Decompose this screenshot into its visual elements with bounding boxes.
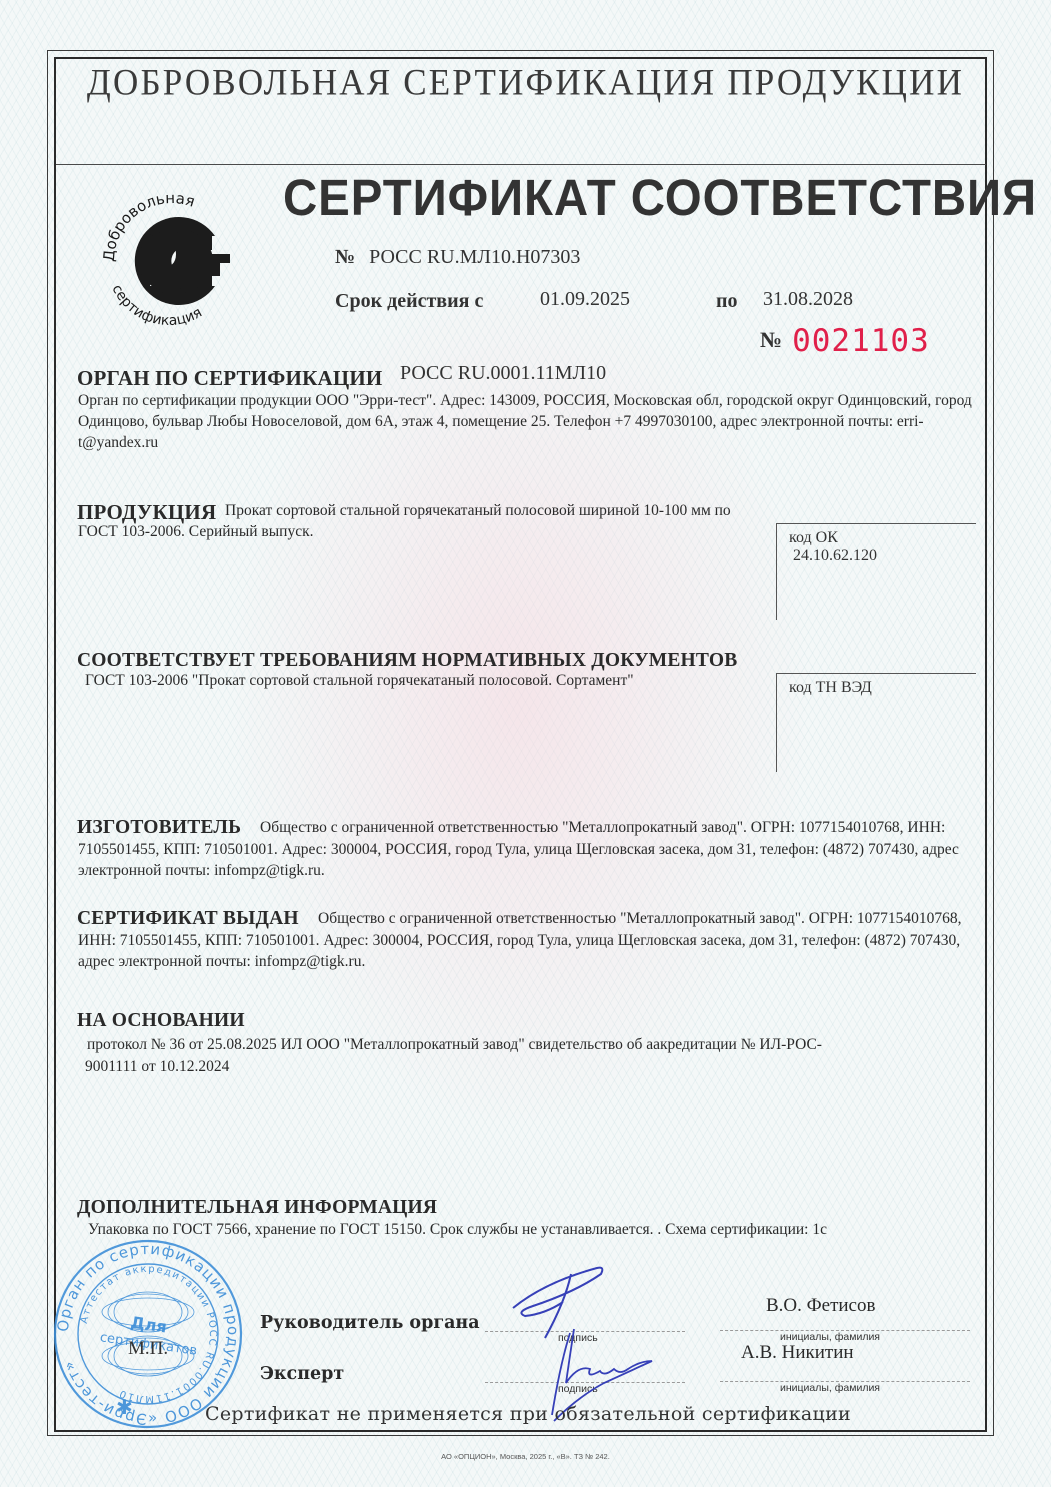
additional-info-title: ДОПОЛНИТЕЛЬНАЯ ИНФОРМАЦИЯ xyxy=(77,1197,437,1219)
document-title: СЕРТИФИКАТ СООТВЕТСТВИЯ xyxy=(283,168,1037,227)
expert-name: А.В. Никитин xyxy=(741,1342,854,1364)
valid-to-date: 31.08.2028 xyxy=(763,288,853,311)
head-of-body-label: Руководитель органа xyxy=(260,1313,480,1333)
rst-logo-icon: Добровольная сертификация xyxy=(100,190,240,330)
product-title: ПРОДУКЦИЯ xyxy=(77,500,216,525)
header-divider xyxy=(56,164,986,165)
tn-ved-label: код ТН ВЭД xyxy=(789,679,872,697)
footer-note: Сертификат не применяется при обязательн… xyxy=(205,1403,851,1425)
basis-line-2: 9001111 от 10.12.2024 xyxy=(85,1056,229,1077)
svg-text:✱: ✱ xyxy=(116,1395,133,1419)
seal-stamp-icon: Орган по сертификации продукции ООО «Эрр… xyxy=(52,1238,244,1430)
stamp-center-1: Для xyxy=(129,1313,168,1337)
basis-line-1: протокол № 36 от 25.08.2025 ИЛ ООО "Мета… xyxy=(85,1034,965,1056)
ok-code-label: код ОК xyxy=(789,529,838,547)
seal-place-label: М.П. xyxy=(128,1338,168,1360)
basis-title: НА ОСНОВАНИИ xyxy=(77,1010,245,1032)
tn-ved-code-box: код ТН ВЭД xyxy=(776,673,976,772)
additional-info-text: Упаковка по ГОСТ 7566, хранение по ГОСТ … xyxy=(88,1219,827,1240)
number-sign: № xyxy=(335,246,355,268)
scheme-title: ДОБРОВОЛЬНАЯ СЕРТИФИКАЦИЯ ПРОДУКЦИИ xyxy=(0,62,1051,104)
issued-to-title: СЕРТИФИКАТ ВЫДАН xyxy=(77,908,299,930)
manufacturer-title: ИЗГОТОВИТЕЛЬ xyxy=(77,817,241,839)
certification-body-code: РОСС RU.0001.11МЛ10 xyxy=(400,362,606,385)
certification-body-details: Орган по сертификации продукции ООО "Эрр… xyxy=(78,390,978,453)
valid-from-date: 01.09.2025 xyxy=(540,288,630,311)
certification-body-title: ОРГАН ПО СЕРТИФИКАЦИИ xyxy=(77,366,382,391)
expert-name-caption: инициалы, фамилия xyxy=(780,1382,880,1394)
validity-label: Срок действия с xyxy=(335,290,483,313)
ok-code-value: 24.10.62.120 xyxy=(793,547,877,565)
registration-number-row: №РОСС RU.МЛ10.Н07303 xyxy=(335,246,580,269)
compliance-title: СООТВЕТСТВУЕТ ТРЕБОВАНИЯМ НОРМАТИВНЫХ ДО… xyxy=(77,650,737,672)
compliance-standard: ГОСТ 103-2006 "Прокат сортовой стальной … xyxy=(85,670,765,691)
valid-to-label: по xyxy=(716,290,738,313)
expert-label: Эксперт xyxy=(260,1364,344,1384)
registration-number: РОСС RU.МЛ10.Н07303 xyxy=(369,246,580,268)
blank-serial-number: 0021103 xyxy=(792,323,930,359)
blank-number: №0021103 xyxy=(760,323,930,359)
printer-imprint: АО «ОПЦИОН», Москва, 2025 г., «В». ТЗ № … xyxy=(0,1452,1051,1461)
ok-code-box: код ОК 24.10.62.120 xyxy=(776,523,976,620)
head-of-body-name: В.О. Фетисов xyxy=(766,1295,875,1317)
